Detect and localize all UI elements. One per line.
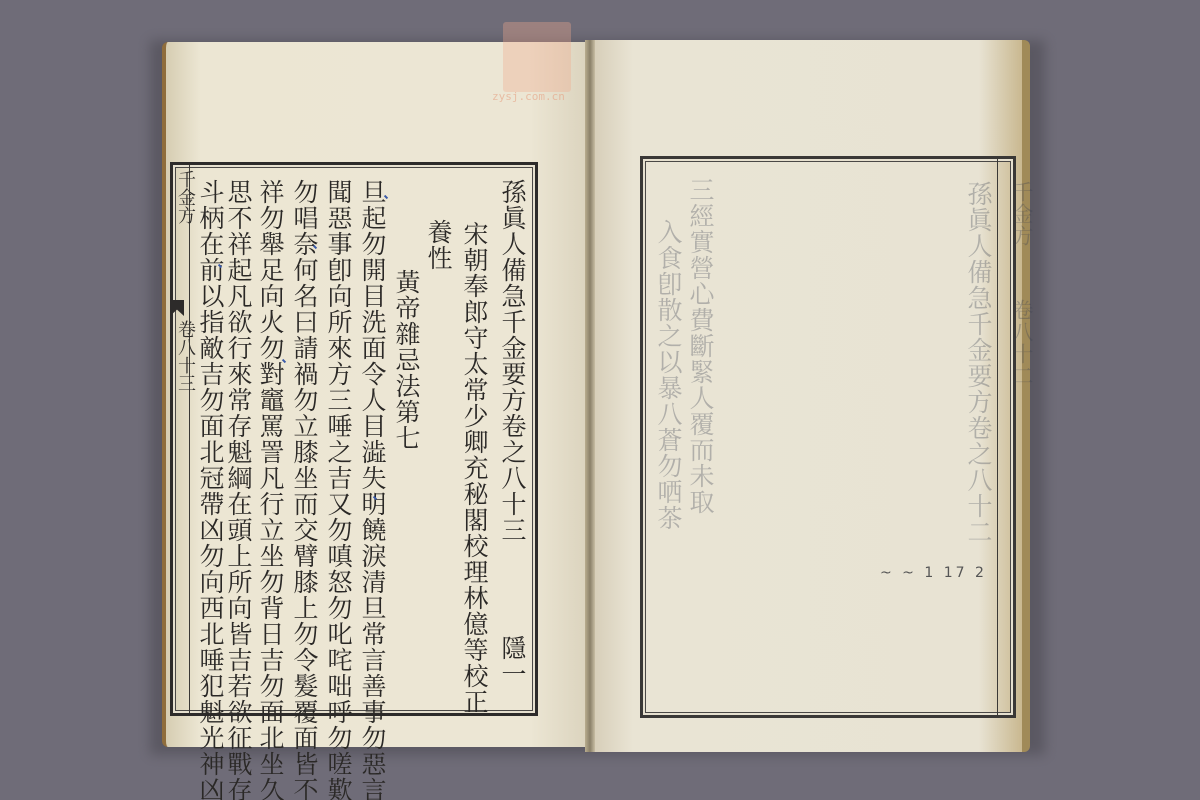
body-column-3: 勿唱奈何名曰請禍勿立膝坐而交臂膝上勿令髮覆面皆不	[287, 179, 321, 800]
body-column-2: 聞惡事卽向所來方三唾之吉又勿嗔怒勿叱咤咄呼勿嗟歎	[321, 179, 355, 800]
chapter-heading: 黃帝雜忌法第七	[389, 269, 423, 451]
left-banxin-title: 千金方	[172, 170, 198, 224]
editor-column: 宋朝奉郎守太常少卿充秘閣校理林億等校正	[457, 221, 491, 715]
banxin-divider	[189, 165, 190, 713]
body-column-6: 斗柄在前以指敵吉勿面北冠帶凶勿向西北唾犯魁光神凶	[193, 179, 227, 800]
right-page-frame: 孫眞人備急千金要方卷之八十二 千金方 卷八十二 三經實營心費斷緊人覆而未取 入食…	[640, 156, 1016, 718]
show-through-column: 三經實營心費斷緊人覆而未取	[683, 177, 717, 515]
left-page-frame: 孫眞人備急千金要方卷之八十三 隱一 宋朝奉郎守太常少卿充秘閣校理林億等校正 養性…	[170, 162, 538, 716]
body-column-4: 祥勿舉足向火勿對竈罵詈凡行立坐勿背日吉勿面北坐久	[253, 179, 287, 800]
pencil-note: ~ ~ 1 17 2	[880, 565, 987, 581]
watermark-seal	[503, 22, 571, 92]
page-mark: 隱一	[495, 635, 529, 687]
title-column: 孫眞人備急千金要方卷之八十三	[495, 179, 529, 543]
body-column-1: 旦起勿開目洗面令人目澁失明饒淚清旦常言善事勿惡言	[355, 179, 389, 800]
right-banxin-title: 千金方	[1005, 181, 1039, 247]
show-through-title: 孫眞人備急千金要方卷之八十二	[961, 181, 995, 545]
show-through-column: 入食卽散之以暴八蒼勿哂茶	[651, 219, 685, 531]
section-heading: 養性	[421, 219, 455, 271]
left-banxin-volume: 卷八十三	[172, 320, 198, 392]
banxin-divider	[997, 159, 998, 715]
right-banxin-volume: 卷八十二	[1005, 299, 1039, 387]
watermark-text: zysj.com.cn	[492, 90, 565, 103]
book-gutter	[585, 40, 595, 752]
